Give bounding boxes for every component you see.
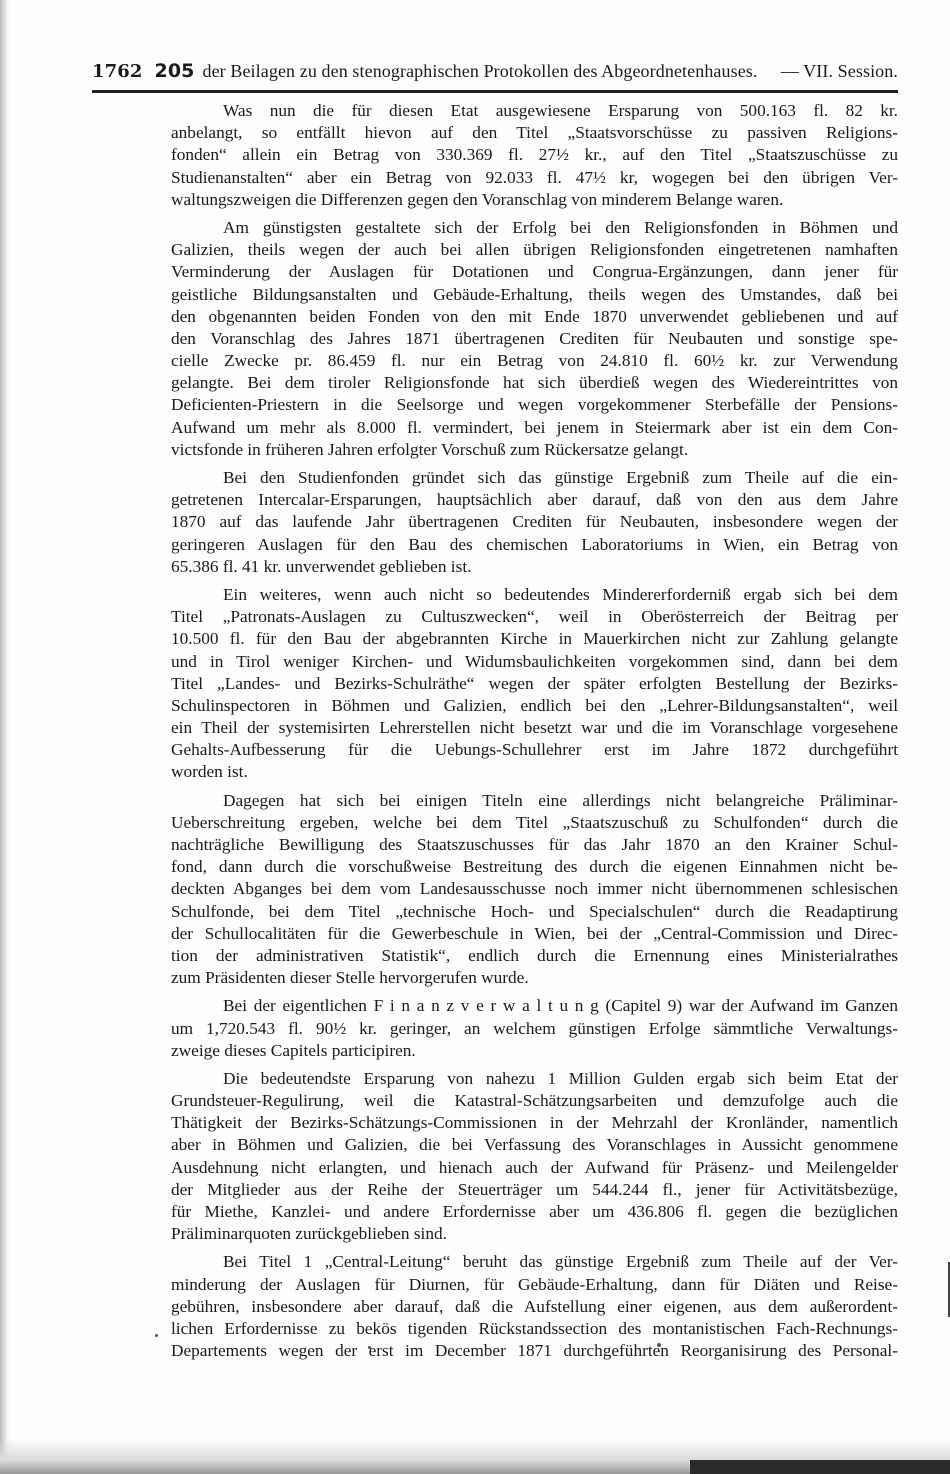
text-line: Präliminarquoten zurückgeblieben sind. [171, 1223, 898, 1245]
text-line: Was nun die für diesen Etat ausgewiesene… [171, 100, 898, 122]
text-line: Schulfonde, bei dem Titel „technische Ho… [171, 901, 898, 923]
text-line: Grundsteuer-Regulirung, weil die Katastr… [171, 1090, 898, 1112]
text-line: Titel „Patronats-Auslagen zu Cultuszweck… [171, 606, 898, 628]
running-header: 1762 205 der Beilagen zu den stenographi… [92, 60, 898, 86]
text-line: lichen Erfordernisse zu bekös tigenden R… [171, 1318, 898, 1340]
text-line: geringeren Auslagen für den Bau des chem… [171, 534, 898, 556]
text-line: tion der administrativen Statistik“, end… [171, 945, 898, 967]
text-line: deckten Abganges bei dem vom Landesaussc… [171, 878, 898, 900]
text-line: Departements wegen der erst im December … [171, 1340, 898, 1362]
text-line: minderung der Auslagen für Diurnen, für … [171, 1274, 898, 1296]
paragraph: Am günstigsten gestaltete sich der Erfol… [171, 217, 898, 461]
text-line: Die bedeutendste Ersparung von nahezu 1 … [171, 1068, 898, 1090]
text-line: der Mitglieder aus der Reihe der Steuert… [171, 1179, 898, 1201]
text-line: victsfonde in früheren Jahren erfolgter … [171, 439, 898, 461]
text-line: fond, dann durch die vorschußweise Bestr… [171, 856, 898, 878]
text-line: nachträgliche Bewilligung des Staatszusc… [171, 834, 898, 856]
text-line: und in Tirol weniger Kirchen- und Widums… [171, 651, 898, 673]
text-line: den Voranschlag des Jahres 1871 übertrag… [171, 328, 898, 350]
text-line: Galizien, theils wegen der auch bei alle… [171, 239, 898, 261]
text-line: Aufwand um mehr als 8.000 fl. vermindert… [171, 417, 898, 439]
text-line: 65.386 fl. 41 kr. unverwendet geblieben … [171, 556, 898, 578]
text-line: zum Präsidenten dieser Stelle hervorgeru… [171, 967, 898, 989]
paragraph: Ein weiteres, wenn auch nicht so bedeute… [171, 584, 898, 784]
text-line: zweige dieses Capitels participiren. [171, 1040, 898, 1062]
text-line: Ausdehnung nicht erlangten, und hienach … [171, 1157, 898, 1179]
text-line: der Schullocalitäten für die Gewerbeschu… [171, 923, 898, 945]
text-line: Verminderung der Auslagen für Dotationen… [171, 261, 898, 283]
text-line: Bei der eigentlichen F i n a n z v e r w… [171, 995, 898, 1017]
scan-edge [690, 1460, 950, 1474]
text-line: Titel „Landes- und Bezirks-Schulräthe“ w… [171, 673, 898, 695]
text-line: Dagegen hat sich bei einigen Titeln eine… [171, 790, 898, 812]
text-line: Am günstigsten gestaltete sich der Erfol… [171, 217, 898, 239]
paragraph: Dagegen hat sich bei einigen Titeln eine… [171, 790, 898, 990]
paragraph: Bei der eigentlichen F i n a n z v e r w… [171, 995, 898, 1062]
text-line: waltungszweigen die Differenzen gegen de… [171, 189, 898, 211]
text-line: Ein weiteres, wenn auch nicht so bedeute… [171, 584, 898, 606]
scan-speck [657, 1343, 661, 1347]
text-line: aber in Böhmen und Galizien, die bei Ver… [171, 1134, 898, 1156]
text-line: 10.500 fl. für den Bau der abgebrannten … [171, 628, 898, 650]
scan-speck [155, 1334, 158, 1337]
text-line: Bei Titel 1 „Central-Leitung“ beruht das… [171, 1251, 898, 1273]
text-line: Studienanstalten“ aber ein Betrag von 92… [171, 167, 898, 189]
text-line: den obgenannten beiden Fonden von den mi… [171, 306, 898, 328]
text-line: gelangte. Bei dem tiroler Religionsfonde… [171, 372, 898, 394]
header-title: der Beilagen zu den stenographischen Pro… [202, 61, 780, 82]
text-line: ein Theil der systemisirten Lehrerstelle… [171, 717, 898, 739]
text-line: anbelangt, so entfällt hievon auf den Ti… [171, 122, 898, 144]
paragraph: Was nun die für diesen Etat ausgewiesene… [171, 100, 898, 211]
page-number: 1762 [92, 61, 143, 82]
text-line: Deficienten-Priestern in die Seelsorge u… [171, 394, 898, 416]
text-line: gebühren, insbesondere aber darauf, daß … [171, 1296, 898, 1318]
text-line: Ueberschreitung ergeben, welche bei dem … [171, 812, 898, 834]
session-label: — VII. Session. [781, 61, 898, 82]
document-number: 205 [155, 60, 195, 82]
text-line: 1870 auf das laufende Jahr übertragenen … [171, 511, 898, 533]
scan-speck [368, 1346, 371, 1349]
text-line: fonden“ allein ein Betrag von 330.369 fl… [171, 144, 898, 166]
text-line: Gehalts-Aufbesserung für die Uebungs-Sch… [171, 739, 898, 761]
text-line: um 1,720.543 fl. 90½ kr. geringer, an we… [171, 1018, 898, 1040]
text-line: Thätigkeit der Bezirks-Schätzungs-Commis… [171, 1112, 898, 1134]
text-line: Bei den Studienfonden gründet sich das g… [171, 467, 898, 489]
body-text: Was nun die für diesen Etat ausgewiesene… [171, 100, 898, 1362]
text-line: cielle Zwecke pr. 86.459 fl. nur ein Bet… [171, 350, 898, 372]
text-line: geistliche Bildungsanstalten und Gebäude… [171, 284, 898, 306]
text-line: für Miethe, Kanzlei- und andere Erforder… [171, 1201, 898, 1223]
text-line: worden ist. [171, 761, 898, 783]
text-line: Schulinspectoren in Böhmen und Galizien,… [171, 695, 898, 717]
paragraph: Die bedeutendste Ersparung von nahezu 1 … [171, 1068, 898, 1246]
text-line: getretenen Intercalar-Ersparungen, haupt… [171, 489, 898, 511]
header-rule [92, 90, 898, 93]
paragraph: Bei den Studienfonden gründet sich das g… [171, 467, 898, 578]
paragraph: Bei Titel 1 „Central-Leitung“ beruht das… [171, 1251, 898, 1362]
scan-edge [0, 0, 10, 1474]
